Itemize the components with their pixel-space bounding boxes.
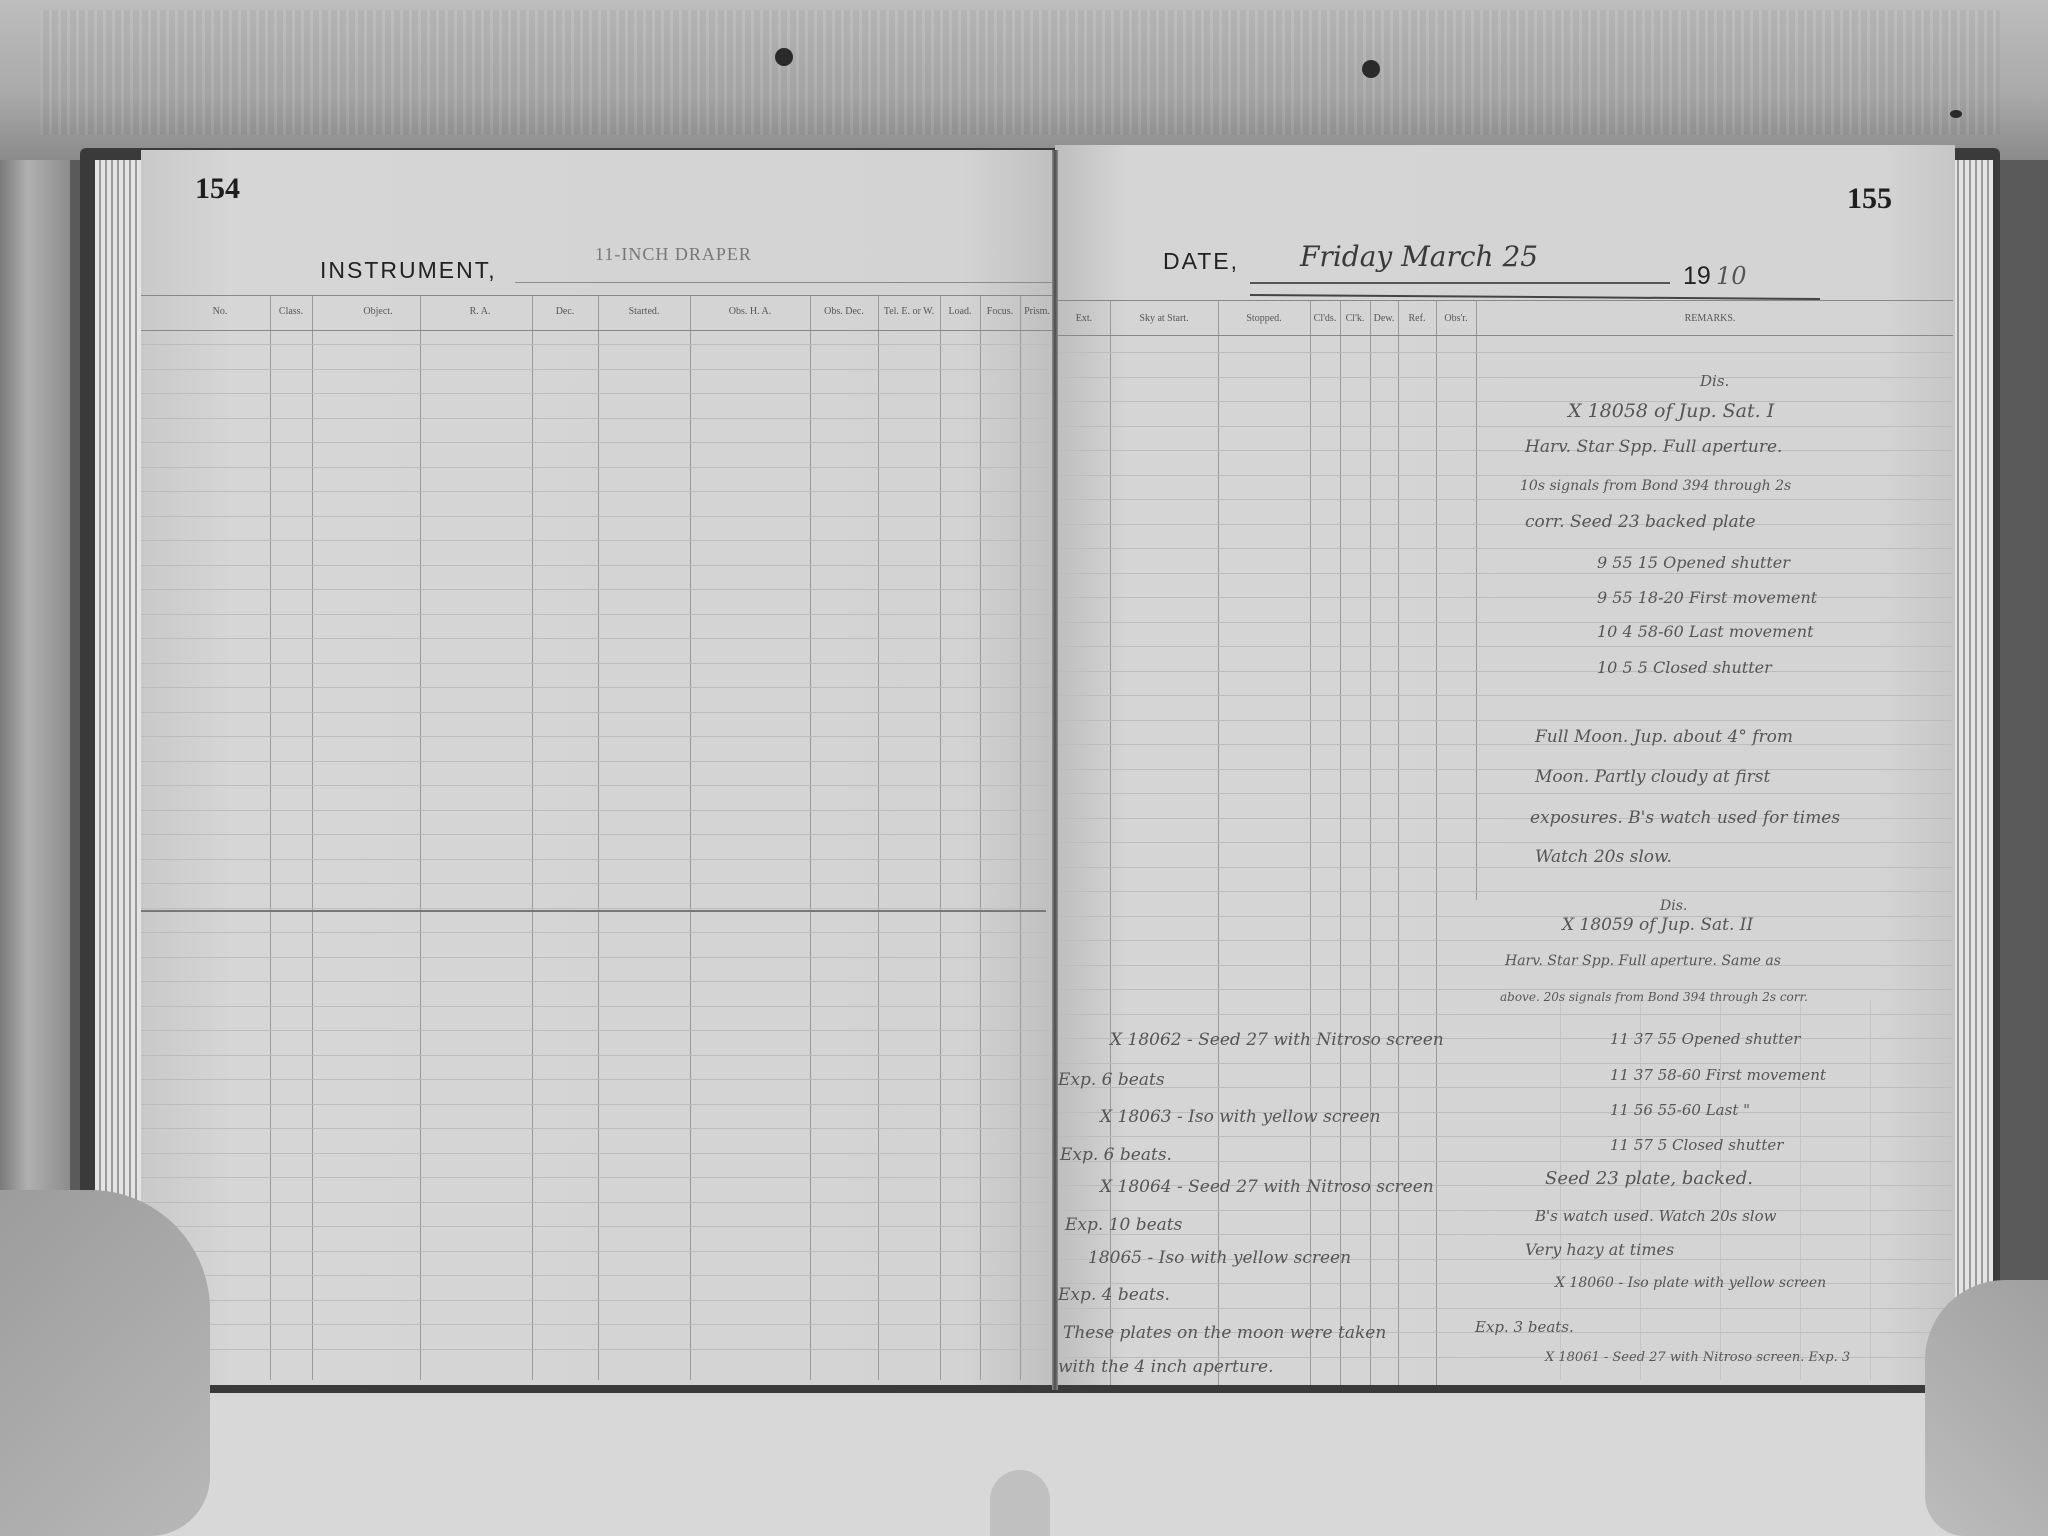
column-rule <box>1800 1000 1801 1380</box>
ruled-line <box>141 687 1055 688</box>
column-rule <box>1720 1000 1721 1380</box>
ruled-line <box>1058 401 1953 402</box>
remark-line: 10 5 5 Closed shutter <box>1597 658 1772 677</box>
table-row <box>1058 700 1476 770</box>
remark-line: 9 55 15 Opened shutter <box>1597 553 1790 572</box>
ruled-line <box>1058 1063 1953 1064</box>
plate-note-line: 18065 - Iso with yellow screen <box>1088 1248 1351 1268</box>
year-printed: 19 <box>1683 262 1711 291</box>
ruled-line <box>141 957 1055 958</box>
table-row <box>141 545 1055 615</box>
remark-line: Watch 20s slow. <box>1535 847 1672 867</box>
table-row <box>1058 550 1476 620</box>
remark-line: 10 4 58-60 Last movement <box>1597 622 1814 641</box>
column-header-remarks: REMARKS. <box>1665 313 1755 324</box>
remark-line: Very hazy at times <box>1525 1240 1674 1259</box>
table-row <box>141 470 1055 540</box>
ruled-line <box>1058 1087 1953 1088</box>
screw-icon <box>1950 110 1962 118</box>
plate-note-line: Exp. 6 beats. <box>1060 1145 1172 1165</box>
remark-line: Dis. <box>1700 372 1729 390</box>
table-row <box>141 767 1055 837</box>
table-row <box>1058 845 1476 915</box>
plate-note-line: Exp. 10 beats <box>1065 1215 1182 1235</box>
column-header-sky-at-start: Sky at Start. <box>1119 313 1209 324</box>
remark-line: above. 20s signals from Bond 394 through… <box>1500 990 1808 1004</box>
remark-line: X 18061 - Seed 27 with Nitroso screen. E… <box>1545 1350 1850 1365</box>
column-header-started: Started. <box>604 306 684 317</box>
ruled-line <box>1058 1210 1953 1211</box>
page-number-right: 155 <box>1847 182 1892 216</box>
remark-line: B's watch used. Watch 20s slow <box>1535 1207 1776 1225</box>
ruled-line <box>141 1349 1055 1350</box>
ruled-line <box>1058 1136 1953 1137</box>
ruled-line <box>141 1153 1055 1154</box>
table-row <box>1058 403 1476 473</box>
remark-line: Seed 23 plate, backed. <box>1545 1168 1753 1189</box>
remark-line: Harv. Star Spp. Full aperture. <box>1525 437 1782 457</box>
remark-line: corr. Seed 23 backed plate <box>1525 512 1756 532</box>
ruled-line <box>141 1128 1055 1129</box>
remark-line: Exp. 3 beats. <box>1475 1318 1574 1336</box>
table-row <box>1058 475 1476 545</box>
column-rule <box>1870 1000 1871 1380</box>
ruled-line <box>141 1251 1055 1252</box>
table-row <box>141 325 1055 395</box>
ruled-line <box>1058 940 1953 941</box>
remark-line: X 18059 of Jup. Sat. II <box>1562 915 1753 935</box>
table-row <box>141 842 1055 912</box>
column-header-r-a: R. A. <box>440 306 520 317</box>
date-label: DATE, <box>1163 248 1239 275</box>
date-underline <box>1250 282 1670 284</box>
remark-line: Moon. Partly cloudy at first <box>1535 767 1770 787</box>
ruled-line <box>1058 1161 1953 1162</box>
column-header-class: Class. <box>251 306 331 317</box>
wooden-board <box>0 0 2048 160</box>
table-row <box>1058 625 1476 695</box>
ruled-line <box>141 1006 1055 1007</box>
left-hand <box>0 1190 210 1536</box>
header-top-rule <box>141 295 1055 296</box>
column-header-object: Object. <box>338 306 418 317</box>
ruled-line <box>141 1079 1055 1080</box>
instrument-label: INSTRUMENT, <box>320 257 497 284</box>
ruled-line <box>141 1055 1055 1056</box>
ruled-line <box>1058 622 1953 623</box>
remark-line: X 18060 - Iso plate with yellow screen <box>1555 1275 1826 1291</box>
plate-note-line: X 18064 - Seed 27 with Nitroso screen <box>1100 1177 1434 1197</box>
year-written: 10 <box>1716 262 1747 290</box>
remark-line: 11 37 58-60 First movement <box>1610 1066 1826 1084</box>
ruled-line <box>1058 695 1953 696</box>
ruled-line <box>1058 1014 1953 1015</box>
date-value: Friday March 25 <box>1300 240 1538 273</box>
column-rule <box>1640 1000 1641 1380</box>
page-stack-right <box>1953 160 1993 1380</box>
ruled-line <box>1058 842 1953 843</box>
plate-note-line: X 18062 - Seed 27 with Nitroso screen <box>1110 1030 1444 1050</box>
ruled-line <box>1058 916 1953 917</box>
header-top-rule <box>1058 300 1953 301</box>
plate-note-line: These plates on the moon were taken <box>1063 1323 1386 1343</box>
ruled-line <box>141 932 1055 933</box>
ruled-line <box>141 1104 1055 1105</box>
table-row <box>141 615 1055 685</box>
table-row <box>1058 770 1476 840</box>
column-header-dec: Dec. <box>525 306 605 317</box>
remark-line: exposures. B's watch used for times <box>1530 808 1840 828</box>
plate-note-line: Exp. 4 beats. <box>1058 1285 1170 1305</box>
page-number-left: 154 <box>195 172 240 206</box>
remark-line: 11 56 55-60 Last " <box>1610 1101 1750 1119</box>
screw-icon <box>1362 60 1380 78</box>
table-row <box>1058 328 1476 398</box>
column-header-no: No. <box>180 306 260 317</box>
ruled-line <box>141 981 1055 982</box>
plate-note-line: with the 4 inch aperture. <box>1058 1357 1273 1377</box>
screw-icon <box>775 48 793 66</box>
plate-note-line: Exp. 6 beats <box>1058 1070 1165 1090</box>
instrument-underline <box>515 282 1055 283</box>
remark-line: 11 37 55 Opened shutter <box>1610 1030 1800 1048</box>
plate-note-line: X 18063 - Iso with yellow screen <box>1100 1107 1381 1127</box>
wooden-post <box>0 160 70 1360</box>
table-row <box>141 402 1055 472</box>
ruled-line <box>141 1300 1055 1301</box>
lamp-base <box>990 1470 1050 1536</box>
instrument-value: 11-INCH DRAPER <box>595 244 752 265</box>
remark-line: Full Moon. Jup. about 4° from <box>1535 727 1793 747</box>
column-header-obs-h-a: Obs. H. A. <box>710 306 790 317</box>
remark-line: 9 55 18-20 First movement <box>1597 588 1817 607</box>
right-hand <box>1925 1280 2048 1536</box>
column-header-ext: Ext. <box>1039 313 1129 324</box>
ruled-line <box>1058 1234 1953 1235</box>
ruled-line <box>141 1275 1055 1276</box>
remark-line: Harv. Star Spp. Full aperture. Same as <box>1505 953 1781 969</box>
ruled-line <box>141 1177 1055 1178</box>
remark-line: X 18058 of Jup. Sat. I <box>1568 400 1774 422</box>
ruled-line <box>1058 548 1953 549</box>
wood-grain <box>40 10 2000 135</box>
column-rule <box>1476 300 1477 900</box>
ruled-line <box>141 1202 1055 1203</box>
remark-line: 11 57 5 Closed shutter <box>1610 1136 1783 1154</box>
ruled-line <box>141 1226 1055 1227</box>
ruled-line <box>1058 1308 1953 1309</box>
ruled-line <box>141 540 1055 541</box>
remark-line: Dis. <box>1660 898 1687 914</box>
table-row <box>141 695 1055 765</box>
remark-line: 10s signals from Bond 394 through 2s <box>1520 478 1791 494</box>
ruled-line <box>141 1324 1055 1325</box>
column-header-obs-r: Obs'r. <box>1411 313 1501 324</box>
ruled-line <box>141 1030 1055 1031</box>
